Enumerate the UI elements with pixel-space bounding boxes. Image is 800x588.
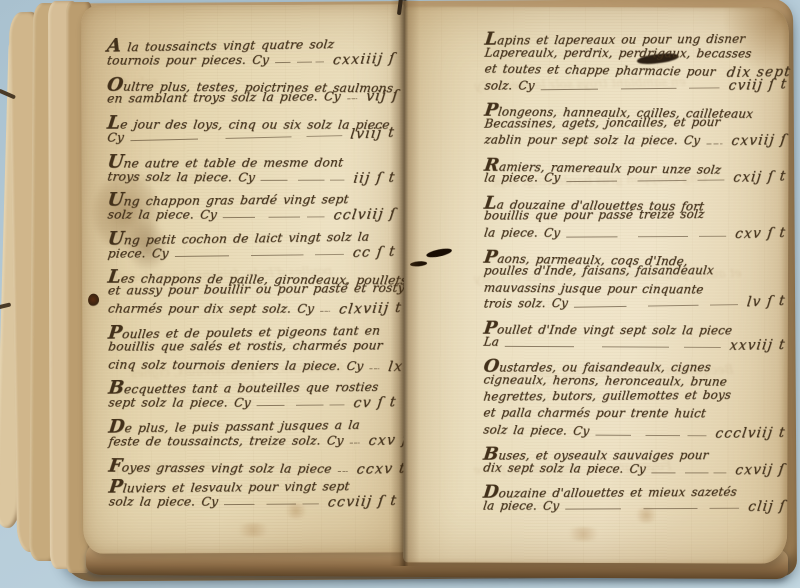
filler-dash-line — [505, 340, 721, 349]
line-text: la piece. Cy — [484, 171, 562, 185]
right-manuscript-page: en samblant troys solz la piece. CyUng c… — [403, 6, 789, 563]
manuscript-line: en samblant troys solz la piece. Cyvij ſ… — [107, 88, 395, 108]
foxing-spot — [563, 527, 603, 541]
manuscript-line: Lapins et lapereaux ou pour ung disner — [485, 27, 787, 46]
manuscript-line: Une autre et table de mesme dont — [107, 150, 395, 168]
amount-text: clij ſ — [747, 499, 787, 515]
line-text: solz la piece. Cy — [107, 208, 218, 222]
amount-text: cxvij ſ — [735, 462, 787, 478]
manuscript-line: piece. Cycc ſ t — [108, 244, 396, 262]
manuscript-line: Cylviij t — [107, 125, 395, 146]
manuscript-line: poulles d'Inde, faisans, faisandeaulx — [484, 263, 786, 280]
line-text: cinq solz tournois deniers la piece. Cy — [107, 357, 364, 373]
manuscript-line: Becquettes tant a bouteilles que rosties — [108, 375, 396, 395]
filler-dash-line — [224, 498, 319, 506]
line-text: charmés pour dix sept solz. Cy — [107, 302, 315, 316]
amount-text: cv ſ t — [352, 395, 397, 412]
line-text: solz la piece. Cy — [483, 422, 591, 437]
manuscript-line: trois solz. Cylv ſ t — [484, 295, 786, 314]
manuscript-line: bouillis que salés et rostis, charmés po… — [108, 338, 396, 356]
amount-text: lviij t — [350, 125, 397, 143]
manuscript-line: Buses, et oyseaulx sauvaiges pour — [483, 443, 785, 460]
amount-text: ccviij ſ t — [327, 493, 398, 511]
amount-text: lv ſ t — [746, 294, 787, 310]
manuscript-line: De plus, le puis passant jusques a la — [109, 412, 397, 433]
line-text: poulles d'Inde, faisans, faisandeaulx — [483, 263, 714, 277]
manuscript-line: sept solz la piece. Cycv ſ t — [109, 395, 397, 412]
manuscript-line: Laxxviij t — [484, 335, 786, 356]
line-text: en samblant troys solz la piece. Cy — [106, 90, 341, 106]
filler-dash-line — [261, 174, 345, 182]
filler-dash-line — [565, 502, 739, 510]
filler-dash-line — [574, 298, 738, 308]
line-text: troys solz la piece. Cy — [107, 169, 256, 184]
line-text: tournois pour pieces. Cy — [106, 53, 270, 68]
line-text: la piece. Cy — [483, 226, 561, 240]
manuscript-line: hegrettes, butors, guillemottes et boys — [484, 387, 786, 406]
manuscript-line: Oustardes, ou faisandeaulx, cignes — [484, 356, 786, 373]
manuscript-line: bouillis que pour passé treize solz — [484, 207, 786, 226]
manuscript-line: A la toussaincts vingt quatre solz — [107, 31, 395, 52]
line-text: La — [483, 335, 500, 349]
manuscript-line: la piece. Cyclij ſ — [483, 498, 785, 516]
line-text: bouillis que salés et rostis, charmés po… — [107, 338, 383, 353]
filler-dash-line — [652, 466, 727, 473]
manuscript-line: troys solz la piece. Cyiij ſ t — [108, 168, 396, 187]
bleedthrough-ghost-text: en samblant troys solz la piece. CyUng c… — [405, 6, 789, 7]
manuscript-line: Ung petit cochon de laict vingt solz la — [108, 224, 396, 245]
ink-smear — [719, 69, 720, 77]
manuscript-line: Foyes grasses vingt solz la piececcxv t — [109, 455, 397, 474]
line-text: feste de toussaincts, treize solz. Cy — [108, 433, 345, 448]
manuscript-line: zablin pour sept solz la piece. Cycxviij… — [484, 133, 786, 151]
scanner-background: solz. Cyla piece. Cypoulles d'Inde, fais… — [0, 0, 800, 588]
manuscript-line: tournois pour pieces. Cycxxiiij ſ — [107, 51, 395, 69]
filler-dash-line — [369, 362, 379, 370]
filler-dash-line — [257, 399, 345, 407]
amount-text: cxxiiij ſ — [332, 50, 397, 68]
line-text: solz la piece. Cy — [108, 495, 219, 509]
foxing-spot — [233, 523, 273, 537]
line-text: et toutes et chappe pharmacie pour — [484, 62, 717, 79]
line-text: piece. Cy — [107, 246, 169, 260]
amount-text: cxv ſ t — [734, 226, 787, 242]
line-text: et palla charmés pour trente huict — [483, 406, 707, 421]
manuscript-line: et aussy pour bouillir ou pour pasté et … — [108, 281, 396, 301]
line-text: mauvassins jusque pour cinquante — [483, 280, 704, 296]
manuscript-line: charmés pour dix sept solz. Cyclxviij t — [108, 301, 396, 318]
right-page-text-block: Lapins et lapereaux ou pour ung disnerLa… — [483, 29, 787, 516]
wormhole-spot — [88, 294, 99, 307]
filler-dash-line — [175, 248, 344, 258]
filler-dash-line — [320, 305, 330, 313]
line-text: cigneaulx, herons, heronceaulx, brune — [483, 373, 728, 389]
manuscript-line: solz. Cycviij ſ t — [485, 78, 787, 95]
amount-text: xxviij t — [729, 338, 787, 354]
line-text: et aussy pour bouillir ou pour pasté et … — [107, 281, 405, 298]
filler-dash-line — [347, 93, 357, 101]
manuscript-line: solz la piece. Cyccclviij t — [483, 422, 785, 443]
line-text: trois solz. Cy — [483, 296, 569, 311]
manuscript-line: et palla charmés pour trente huict — [484, 406, 786, 424]
line-text: la piece. Cy — [482, 498, 560, 512]
filler-dash-line — [223, 211, 325, 219]
amount-text: ccclviij t — [714, 426, 786, 442]
filler-dash-line — [275, 56, 324, 64]
line-text: Cy — [107, 130, 125, 144]
ink-blot — [426, 247, 453, 259]
manuscript-line: la piece. Cycxij ſ t — [484, 170, 786, 187]
manuscript-line: Ung chappon gras bardé vingt sept — [108, 187, 396, 207]
filler-dash-line — [595, 428, 706, 436]
line-text: zablin pour sept solz la piece. Cy — [484, 133, 701, 148]
manuscript-line: Poulles et de poulets et pigeons tant en — [108, 318, 396, 339]
manuscript-line: dix sept solz la piece. Cycxvij ſ — [483, 460, 785, 479]
line-text: dix sept solz la piece. Cy — [482, 460, 646, 475]
filler-dash-line — [706, 137, 722, 144]
left-page-text-block: A la toussaincts vingt quatre solztourno… — [107, 34, 397, 510]
ink-blot — [410, 261, 427, 267]
line-text: hegrettes, butors, guillemottes et boys — [483, 388, 732, 404]
line-text: Lapereaulx, perdrix, perdrigaux, becasse… — [484, 45, 753, 60]
manuscript-line: Becassines, agets, joncailles, et pour — [485, 114, 787, 133]
manuscript-line: feste de toussaincts, treize solz. Cycxv… — [109, 432, 397, 450]
amount-text: cxij ſ t — [732, 170, 787, 187]
line-text: sept solz la piece. Cy — [108, 396, 252, 410]
amount-text: cxviij ſ — [730, 133, 787, 149]
manuscript-line: solz la piece. Cyccviij ſ t — [109, 494, 397, 511]
manuscript-line: Douzaine d'allouettes et mieux sazetés — [483, 480, 785, 499]
manuscript-line: solz la piece. Cycclviij ſ — [108, 207, 396, 224]
manuscript-line: Lapereaulx, perdrix, perdrigaux, becasse… — [485, 45, 787, 63]
filler-dash-line — [566, 173, 724, 182]
amount-text: clxviij t — [338, 300, 403, 318]
left-manuscript-page: solz. Cyla piece. Cypoulles d'Inde, fais… — [81, 4, 407, 553]
filler-dash-line — [350, 437, 360, 445]
amount-text: cc ſ t — [352, 244, 397, 261]
amount-text: cviij ſ t — [727, 77, 788, 94]
amount-text: iij ſ t — [353, 169, 397, 186]
bleedthrough-ghost-text: solz. Cyla piece. Cypoulles d'Inde, fais… — [81, 4, 405, 5]
line-text: bouillis que pour passé treize solz — [483, 207, 705, 223]
amount-text: cclviij ſ — [332, 206, 397, 224]
filler-dash-line — [338, 465, 348, 473]
filler-dash-line — [130, 130, 342, 143]
manuscript-line: la piece. Cycxv ſ t — [484, 226, 786, 244]
line-text: Becassines, agets, joncailles, et pour — [484, 115, 721, 131]
manuscript-line: Poullet d'Inde vingt sept solz la piece — [484, 318, 786, 336]
manuscript-line: cinq solz tournois deniers la piece. Cyl… — [108, 356, 396, 375]
line-text: solz. Cy — [484, 78, 536, 92]
filler-dash-line — [541, 81, 720, 90]
manuscript-line: Pluviers et lesvaulx pour vingt sept — [109, 474, 397, 494]
filler-dash-line — [566, 229, 726, 237]
